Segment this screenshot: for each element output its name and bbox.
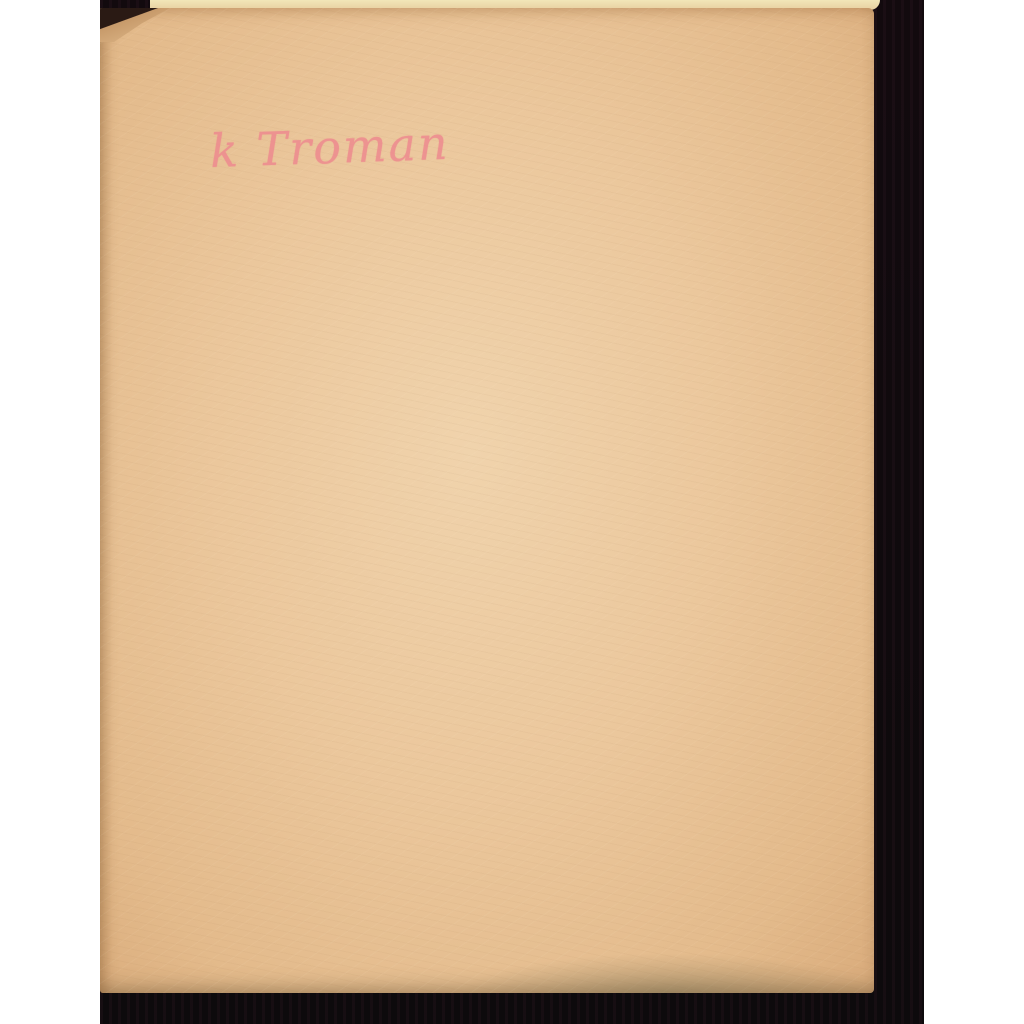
bottom-stain (460, 953, 874, 993)
paper-cover: k Troman (100, 8, 874, 993)
scan-stage: k Troman (0, 0, 1024, 1024)
torn-corner (100, 8, 170, 42)
handwritten-signature: k Troman (209, 116, 450, 178)
